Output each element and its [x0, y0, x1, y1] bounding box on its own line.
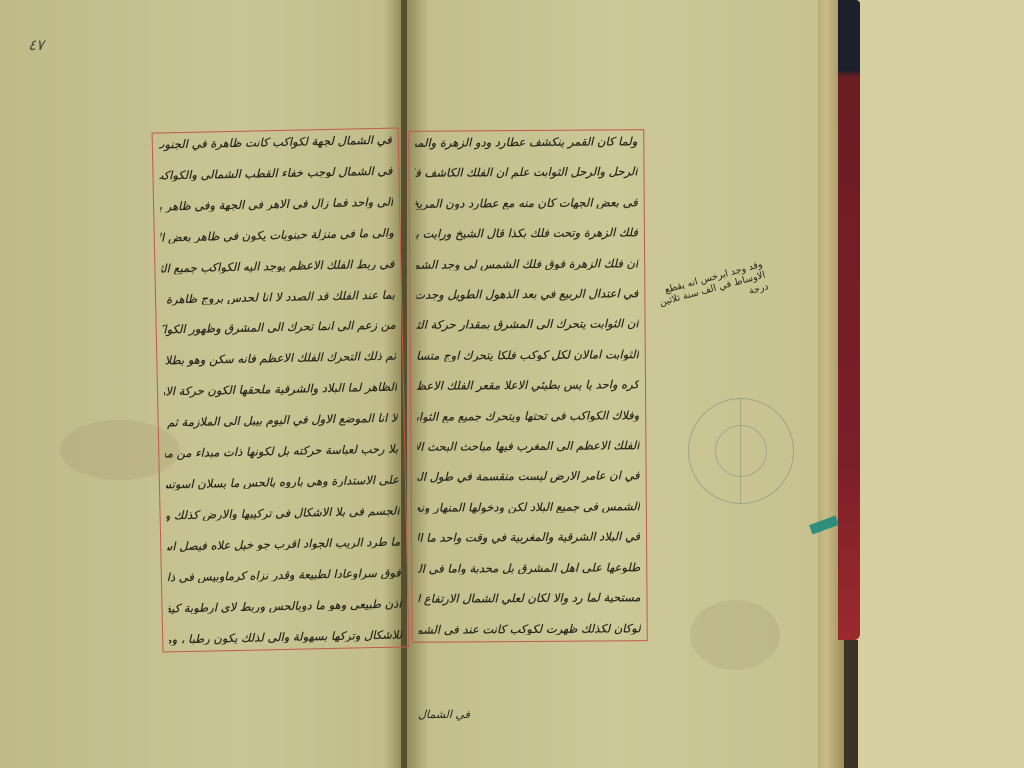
- text-line: كره واحد يا يس بطيئي الاعلا مقعر الفلك ا…: [417, 379, 639, 392]
- text-line: في بعض الجهات كان منه مع عطارد دون المري…: [416, 197, 638, 210]
- text-line: في ربط الفلك الاعظم يوجد اليه الكواكب جم…: [161, 258, 394, 274]
- diagram-axis-line: [740, 399, 741, 503]
- text-line: الظاهر لما البلاد والشرقية ملحقها الكون …: [164, 382, 397, 398]
- book-cover-bottom: [844, 640, 858, 768]
- left-text-block: في الشمال لجهة لكواكب كانت ظاهرة في الجن…: [152, 127, 410, 652]
- text-line: بما عند الفلك قد الصدد لا انا لحدس بروج …: [162, 289, 395, 305]
- text-line: على الاستدارة وهي باروه بالحس ما بسلان ا…: [166, 475, 399, 491]
- text-line: الفلك الاعظم الى المغرب فيها مباحث البحث…: [417, 440, 639, 453]
- text-line: اذن طبيعي وهو ما دوبالحس وربط لاى ارطوبة…: [168, 598, 401, 614]
- text-line: ما طرد الريب الجواد اقرب جو خيل علاه فيص…: [167, 536, 400, 552]
- text-line: فلك الزهرة وتحت فلك بكذا قال الشيخ ورايت…: [416, 227, 638, 240]
- text-line: ثم ذلك التحرك الفلك الاعظم فانه سكن وهو …: [163, 351, 396, 367]
- text-line: طلوعها على اهل المشرق بل محدبة واما في ا…: [418, 562, 640, 575]
- text-line: لوكان لكذلك ظهرت لكوكب كانت عند في الشما…: [419, 623, 641, 636]
- text-line: في ان عامر الارض ليست منقسمة في طول المش…: [418, 471, 640, 484]
- text-line: فوق سراوعادا لطبيعة وقدر نزاه كرماوبيس ف…: [168, 567, 401, 583]
- text-line: الثوابت امالان لكل كوكب فلكا يتحرك اوج م…: [417, 349, 639, 362]
- text-line: الى واحد فما زال في الاهر في الجهة وفي ظ…: [160, 196, 393, 212]
- text-line: الشمس في جميع البلاد لكن ودخولها المنهار…: [418, 501, 640, 514]
- text-line: لا انا الموضع الاول في اليوم بيبل الى ال…: [165, 413, 398, 429]
- text-line: ان الثوابت يتحرك الى المشرق بمقدار حركة …: [417, 319, 639, 332]
- paper-stain: [690, 600, 780, 670]
- text-line: للاشكال وتركها بسهولة والى لذلك يكون رطب…: [169, 629, 402, 645]
- text-line: في الشمال لجهة لكواكب كانت ظاهرة في الجن…: [159, 135, 392, 151]
- text-line: في اعتدال الربيع في بعد الذهول الطويل وج…: [416, 288, 638, 301]
- text-line: الجسم في بلا الاشكال في تركيبها والارض ك…: [166, 505, 399, 521]
- text-line: من زعم الى انما تحرك الى المشرق وظهور ال…: [163, 320, 396, 336]
- faint-circle-diagram: [688, 398, 794, 504]
- text-line: في البلاد الشرقية والمغربية في وقت واحد …: [418, 532, 640, 545]
- book-cover-edge: [838, 0, 860, 640]
- text-line: في الشمال لوجب خفاء القطب الشمالي والكوا…: [159, 166, 392, 182]
- inner-circle: [715, 425, 767, 477]
- catchword: في الشمال: [418, 708, 470, 721]
- text-line: ولما كان القمر ينكشف عطارد ودو الزهرة وا…: [415, 136, 637, 149]
- page-number: ٤٧: [28, 36, 44, 54]
- text-line: وفلاك الكواكب في تحتها ويتحرك جميع مع ال…: [417, 410, 639, 423]
- background-surface: [845, 0, 1024, 768]
- text-line: بلا رحب لعباسة حركته بل لكونها ذات مبداء…: [165, 444, 398, 460]
- text-line: مستحية لما رد والا لكان لعلي الشمال الار…: [418, 592, 640, 605]
- right-text-block: ولما كان القمر ينكشف عطارد ودو الزهرة وا…: [408, 129, 648, 643]
- text-line: ان فلك الزهرة فوق فلك الشمس لي وجد الشمس…: [416, 258, 638, 271]
- text-line: والى ما في منزلة حبنوبات يكون في ظاهر بع…: [161, 227, 394, 243]
- text-line: الرحل والرحل الثوابت علم ان الفلك الكاشف…: [415, 167, 637, 180]
